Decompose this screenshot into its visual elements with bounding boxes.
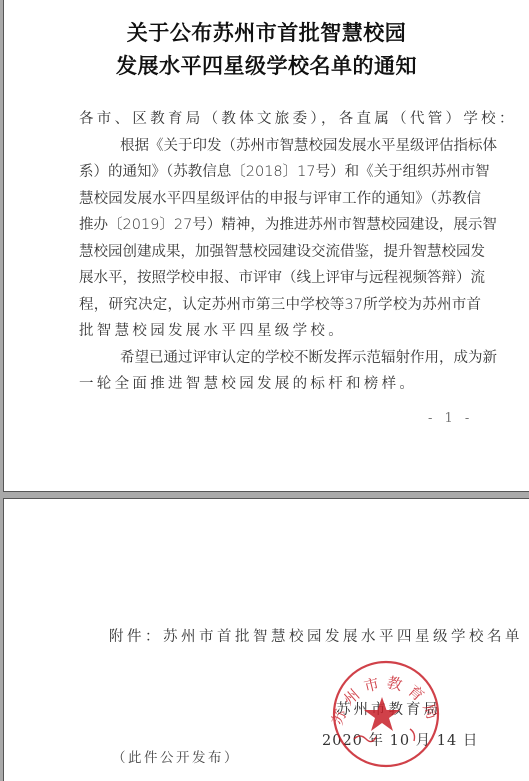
body-line: 系）的通知》（苏教信息〔2018〕17号）和《关于组织苏州市智 — [79, 163, 481, 181]
body-line: 慧校园发展水平四星级评估的申报与评审工作的通知》（苏教信 — [79, 190, 481, 208]
salutation: 各市、区教育局（教体文旅委），各直属（代管）学校： — [79, 110, 481, 128]
attachment-line: 附件：苏州市首批智慧校园发展水平四星级学校名单 — [109, 625, 523, 646]
body-line: 程，研究决定，认定苏州市第三中学校等37所学校为苏州市首 — [79, 296, 481, 314]
body-line: 展水平，按照学校申报、市评审（线上评审与远程视频答辩）流 — [79, 269, 481, 287]
body-line: 慧校园创建成果，加强智慧校园建设交流借鉴，提升智慧校园发 — [79, 243, 481, 261]
document-page-2: 附件：苏州市首批智慧校园发展水平四星级学校名单 苏州市教育局 苏州市教育局 20… — [3, 498, 529, 781]
document-page-1: 关于公布苏州市首批智慧校园 发展水平四星级学校名单的通知 各市、区教育局（教体文… — [3, 0, 529, 492]
document-title-line-1: 关于公布苏州市首批智慧校园 — [4, 17, 529, 47]
body-line: 一轮全面推进智慧校园发展的标杆和榜样。 — [79, 375, 481, 393]
body-line: 根据《关于印发（苏州市智慧校园发展水平星级评估指标体 — [120, 137, 481, 155]
body-line: 推办〔2019〕27号）精神，为推进苏州市智慧校园建设，展示智 — [79, 216, 481, 234]
body-line: 希望已通过评审认定的学校不断发挥示范辐射作用，成为新 — [120, 349, 481, 367]
official-seal-icon: 苏州市教育局 — [326, 659, 446, 769]
page-number: - 1 - — [428, 411, 473, 426]
publicity-note: （此件公开发布） — [112, 746, 240, 766]
body-line: 批智慧校园发展水平四星级学校。 — [79, 322, 481, 340]
document-title-line-2: 发展水平四星级学校名单的通知 — [4, 50, 529, 80]
